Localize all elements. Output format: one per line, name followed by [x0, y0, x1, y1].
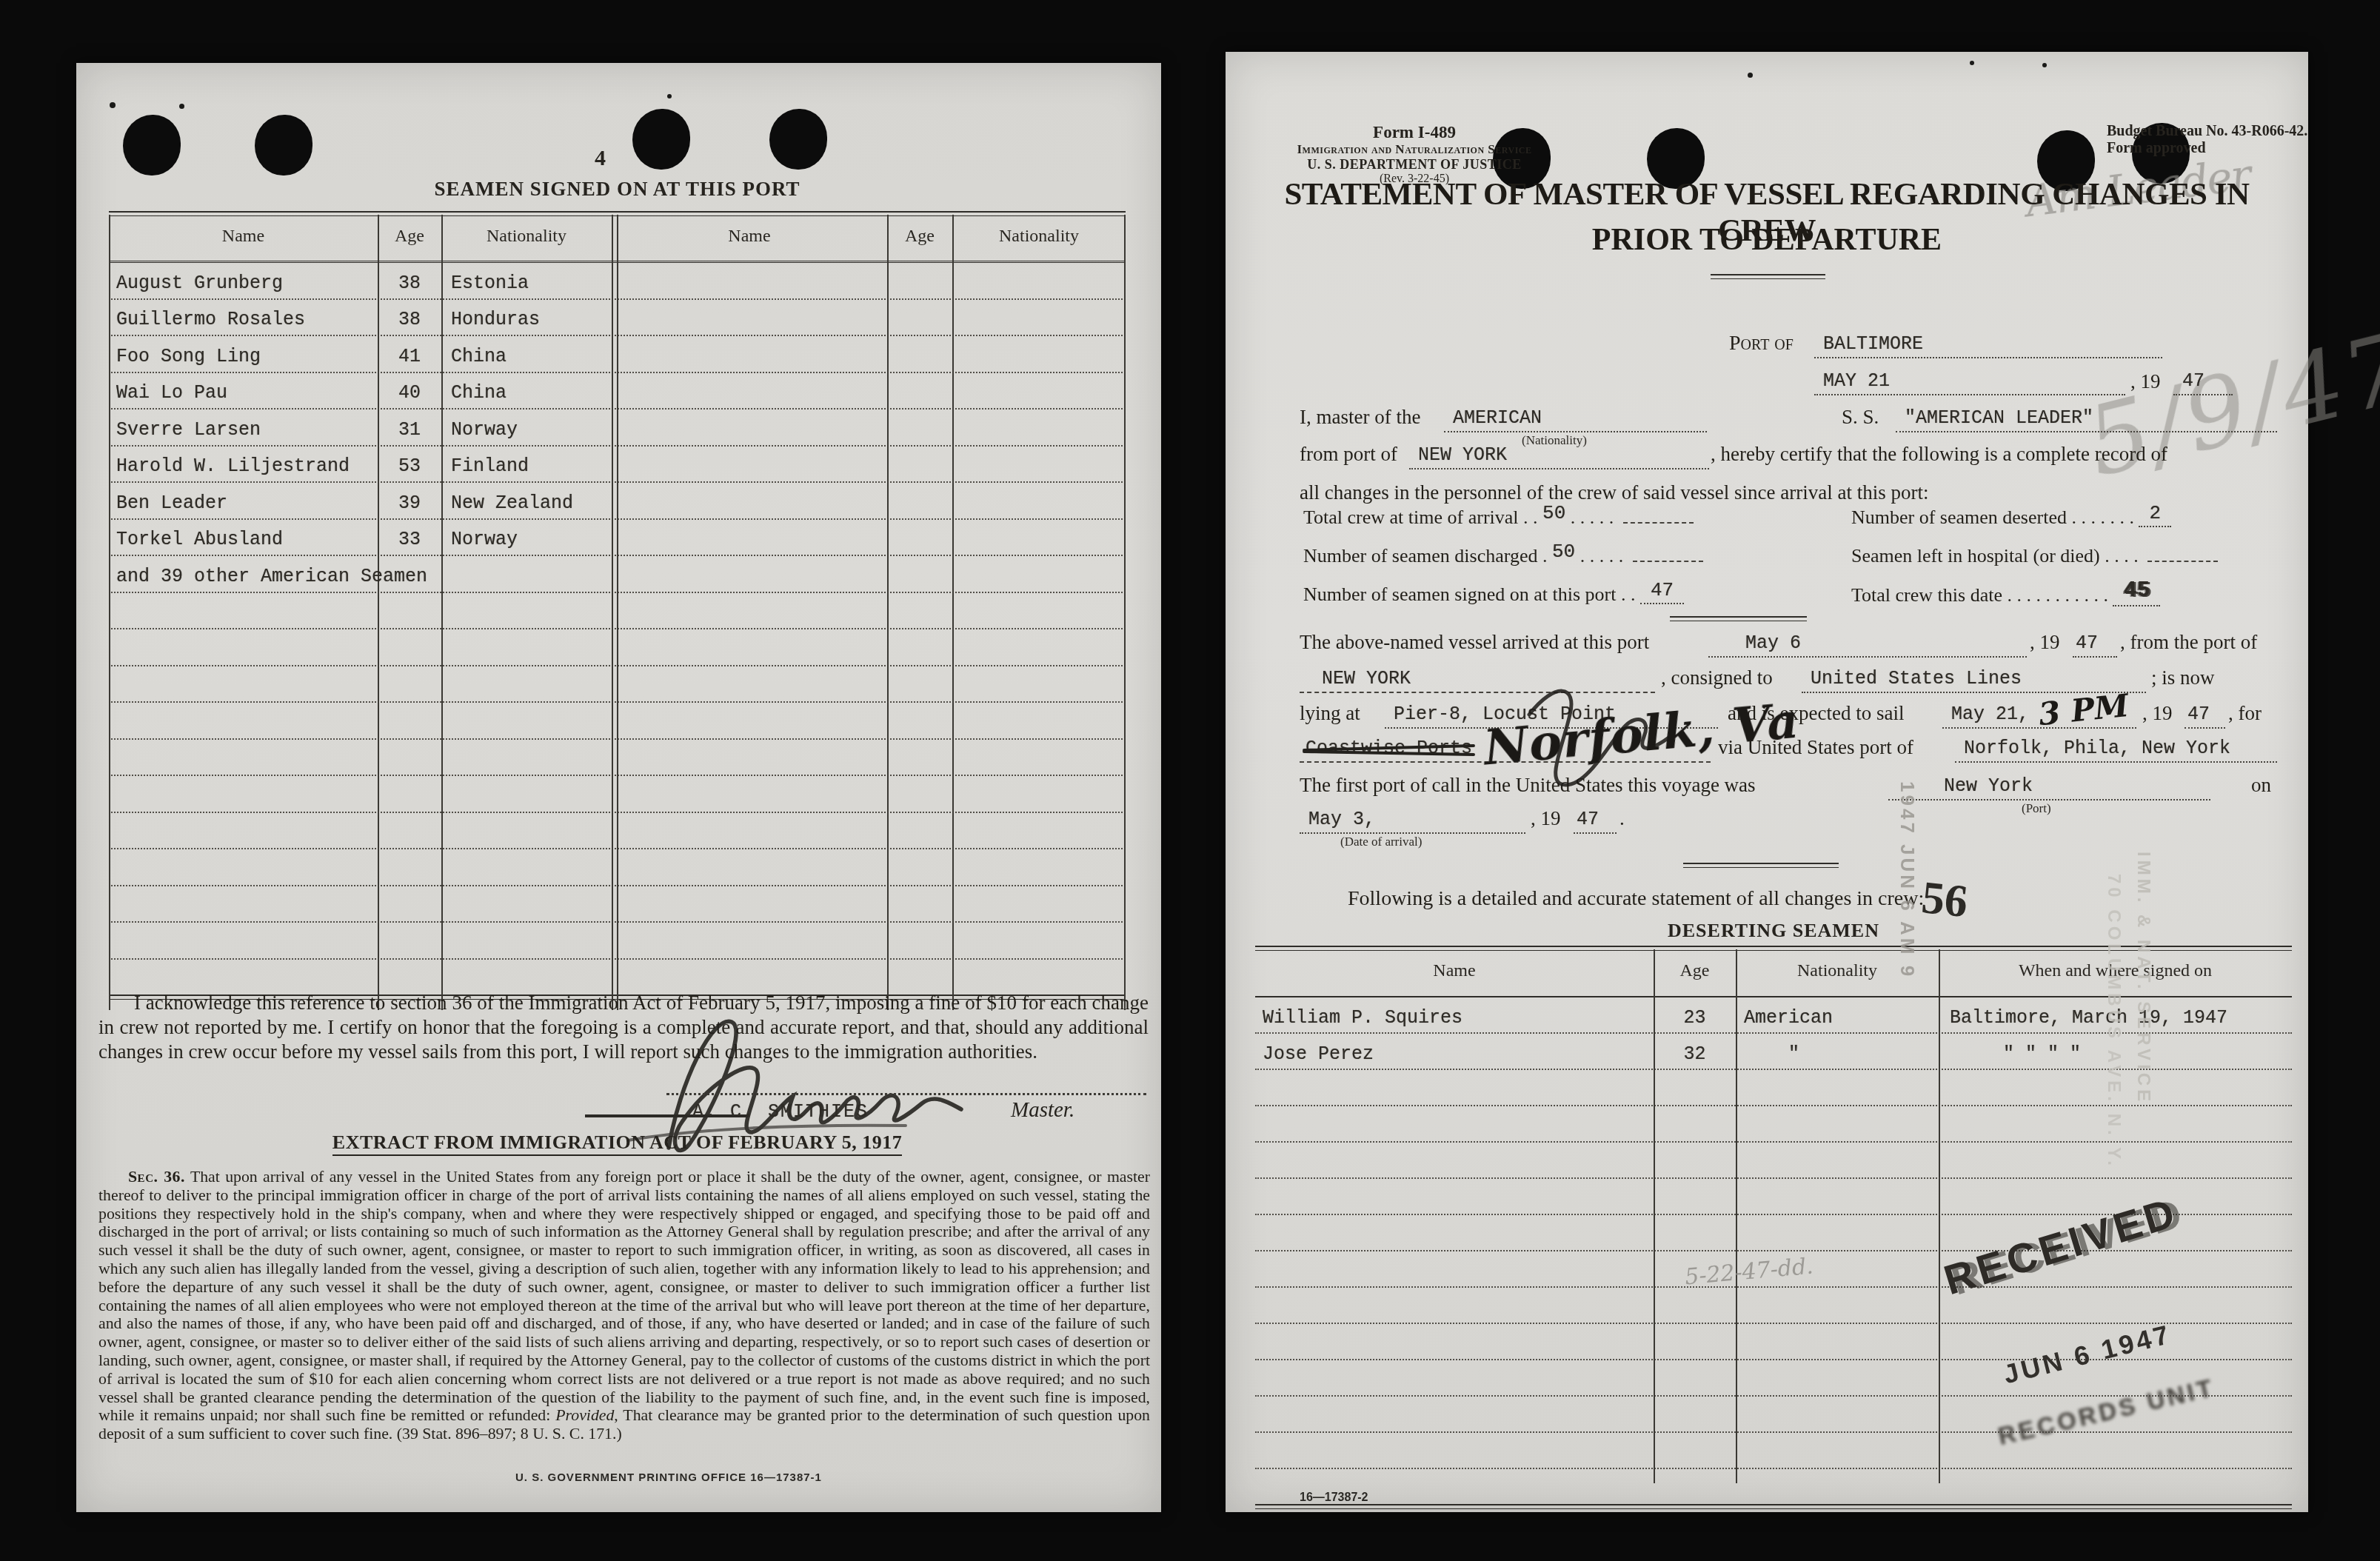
table-grid-line	[887, 215, 889, 1010]
seaman-nationality: Norway	[451, 419, 518, 441]
stat-value: 2	[2139, 502, 2171, 527]
seaman-age: 38	[378, 309, 441, 330]
port-field: BALTIMORE	[1814, 332, 2162, 358]
arrival-date-field: May 6	[1708, 631, 2027, 658]
column-header: Nationality	[441, 227, 612, 247]
stat-value: 50	[1542, 502, 1565, 524]
column-header: Age	[1654, 961, 1736, 981]
seaman-nationality: China	[451, 382, 507, 404]
ink-scrawl	[1514, 674, 1759, 815]
table-bottom-rule	[1255, 1504, 2292, 1509]
time-received-stamp: 1947 JUN 6 AM 9	[1896, 781, 1919, 979]
stat-total-date: Total crew this date . . . . . . . . . .…	[1851, 584, 2160, 613]
arrival-text: ; is now	[2151, 666, 2215, 689]
deserter-name: William P. Squires	[1263, 1007, 1463, 1029]
stats-divider	[1670, 616, 1807, 621]
empty-row	[1255, 1288, 2292, 1324]
table-grid-line	[441, 215, 443, 1010]
deserter-nationality-ditto: "	[1788, 1043, 1799, 1065]
page-heading: SEAMEN SIGNED ON AT THIS PORT	[109, 178, 1126, 201]
certify-text: , hereby certify that the following is a…	[1711, 443, 2167, 466]
seaman-nationality: Norway	[451, 529, 518, 550]
year-prefix: , 19	[2130, 370, 2161, 393]
port-value: BALTIMORE	[1823, 333, 1923, 355]
table-grid-line	[378, 215, 379, 1010]
deserter-signed-on-ditto: " " " "	[2003, 1043, 2081, 1065]
signature-rule	[666, 1093, 1146, 1095]
gpo-footer: U. S. GOVERNMENT PRINTING OFFICE 16—1738…	[298, 1471, 1039, 1484]
year-field: 47	[2185, 702, 2225, 729]
struck-destination: Coastwise Ports	[1306, 738, 1472, 759]
stat-label: Number of seamen deserted . . . . . . .	[1851, 507, 2134, 528]
column-header: Name	[612, 227, 887, 247]
table-grid-line	[617, 215, 618, 1010]
seaman-name: Ben Leader	[116, 492, 227, 514]
arrival-text: The above-named vessel arrived at this p…	[1300, 631, 1649, 654]
budget-bureau-block: Budget Bureau No. 43-R066-42. Form appro…	[2107, 123, 2307, 157]
stat-label: Number of seamen signed on at this port …	[1303, 584, 1635, 605]
table-grid-line	[1736, 949, 1737, 1483]
column-header: Age	[887, 227, 952, 247]
deserter-nationality: American	[1744, 1007, 1833, 1029]
stat-dots: . . . . .	[1580, 545, 1624, 566]
form-number: Form I-489	[1266, 123, 1562, 142]
service-stamp-line1: IMM. & NAT. SERVICE	[2133, 852, 2153, 1105]
agency-name: Immigration and Naturalization Service	[1266, 142, 1562, 157]
stat-value: 50	[1552, 541, 1575, 563]
signature-role: Master.	[1011, 1098, 1074, 1123]
arrival-line-5: The first port of call in the United Sta…	[1226, 774, 2308, 806]
year-field: 47	[2173, 369, 2233, 395]
seaman-name: Sverre Larsen	[116, 419, 261, 441]
seaman-nationality: New Zealand	[451, 492, 573, 514]
empty-row	[1255, 1433, 2292, 1469]
date-of-arrival-caption: (Date of arrival)	[1340, 835, 1422, 849]
stat-dots: . . . . .	[1571, 507, 1614, 528]
arrival-text: on	[2251, 774, 2271, 797]
seaman-nationality: Honduras	[451, 309, 540, 330]
empty-row	[1255, 1469, 2292, 1505]
seaman-age: 39	[378, 492, 441, 514]
punch-hole	[123, 115, 181, 176]
arrival-line-4: Coastwise Ports Norfolk, Va via United S…	[1226, 736, 2308, 769]
punch-hole	[255, 115, 312, 176]
extract-paragraph: Sec. 36. That upon arrival of any vessel…	[98, 1168, 1150, 1443]
ink-speck	[1748, 73, 1753, 78]
nationality-field: AMERICAN	[1444, 406, 1707, 432]
extract-heading: EXTRACT FROM IMMIGRATION ACT OF FEBRUARY…	[332, 1132, 902, 1156]
stat-rule	[1633, 546, 1703, 562]
table-grid-line	[952, 215, 954, 1010]
table-grid-line	[612, 215, 613, 1010]
seaman-age: 53	[378, 455, 441, 477]
empty-row	[1255, 1143, 2292, 1179]
stat-label: Number of seamen discharged .	[1303, 545, 1547, 566]
consignee-field: United States Lines	[1802, 666, 2146, 693]
ink-speck	[667, 94, 672, 98]
arrival-text: , 19	[2030, 631, 2060, 654]
seaman-nationality: Finland	[451, 455, 529, 477]
year-value: 47	[2076, 632, 2098, 654]
right-page-form-i489: Form I-489 Immigration and Naturalizatio…	[1226, 52, 2308, 1512]
seaman-age: 33	[378, 529, 441, 550]
arrival-text: , from the port of	[2120, 631, 2257, 654]
table-grid-line	[1939, 949, 1940, 1483]
from-port-value: NEW YORK	[1322, 668, 1411, 689]
form-title-line2: PRIOR TO DEPARTURE	[1267, 222, 2267, 258]
arrival-text: , for	[2228, 702, 2262, 725]
vessel-field: "AMERICAN LEADER"	[1896, 406, 2277, 432]
department-name: U. S. DEPARTMENT OF JUSTICE	[1266, 157, 1562, 173]
table-grid-line	[109, 215, 110, 1010]
vessel-value: "AMERICAN LEADER"	[1905, 407, 2093, 429]
from-port-label: from port of	[1300, 443, 1397, 466]
empty-row	[1255, 1106, 2292, 1143]
port-label: Port of	[1729, 332, 1794, 355]
ss-label: S. S.	[1842, 406, 1879, 429]
following-statement: Following is a detailed and accurate sta…	[1348, 887, 1924, 911]
from-port-line: from port of NEW YORK , hereby certify t…	[1226, 443, 2308, 475]
extract-lead: Sec. 36.	[128, 1168, 185, 1186]
stat-discharged: Number of seamen discharged . 50 . . . .…	[1303, 545, 1703, 575]
deserter-age: 23	[1654, 1007, 1736, 1029]
left-page-seamen-signed-on: 4 SEAMEN SIGNED ON AT THIS PORT Name Age…	[76, 63, 1161, 1512]
deserter-name: Jose Perez	[1263, 1043, 1374, 1065]
seaman-age: 38	[378, 273, 441, 294]
stat-label: Total crew this date . . . . . . . . . .…	[1851, 584, 2108, 606]
year-value: 47	[2187, 703, 2210, 725]
stamp-number: 56	[1919, 872, 1970, 929]
arrival-text: , 19	[2142, 702, 2173, 725]
form-footer-number: 16—17387-2	[1300, 1491, 1368, 1505]
record-text: all changes in the personnel of the crew…	[1300, 481, 1928, 504]
budget-bureau-number: Budget Bureau No. 43-R066-42.	[2107, 123, 2307, 140]
punch-hole	[632, 109, 690, 170]
stat-label: Total crew at time of arrival . .	[1303, 507, 1538, 528]
seaman-nationality: Estonia	[451, 273, 529, 294]
year-value: 47	[2182, 370, 2204, 392]
master-pre-text: I, master of the	[1300, 406, 1420, 429]
sail-date-value: May 21,	[1951, 703, 2029, 725]
extract-provided: Provided	[555, 1406, 614, 1424]
from-port-value: NEW YORK	[1418, 444, 1507, 466]
seaman-age: 41	[378, 346, 441, 367]
seaman-age: 31	[378, 419, 441, 441]
stat-hospital: Seamen left in hospital (or died) . . . …	[1851, 545, 2218, 575]
date-line: MAY 21 , 19 47	[1226, 369, 2308, 401]
stat-signed-on: Number of seamen signed on at this port …	[1303, 584, 1684, 613]
deserter-age: 32	[1654, 1043, 1736, 1065]
date-value: MAY 21	[1823, 370, 1890, 392]
stat-total-arrival: Total crew at time of arrival . . 50 . .…	[1303, 507, 1694, 536]
column-header: Nationality	[952, 227, 1126, 247]
seaman-name: Foo Song Ling	[116, 346, 261, 367]
via-ports-value: Norfolk, Phila, New York	[1964, 738, 2230, 759]
ink-speck	[179, 104, 184, 109]
column-header: Age	[378, 227, 441, 247]
consignee-value: United States Lines	[1811, 668, 2022, 689]
table-grid-line	[1124, 215, 1126, 1010]
seaman-nationality: China	[451, 346, 507, 367]
nationality-value: AMERICAN	[1453, 407, 1542, 429]
table-grid-line	[1654, 949, 1655, 1483]
arrival-date-field: May 3,	[1300, 807, 1525, 834]
stat-label: Seamen left in hospital (or died) . . . …	[1851, 545, 2139, 566]
seaman-name: August Grunberg	[116, 273, 283, 294]
port-of-line: Port of BALTIMORE	[1226, 332, 2308, 364]
arrival-date-value: May 6	[1745, 632, 1801, 654]
arrival-date-value: May 3,	[1308, 809, 1375, 830]
seamen-signed-on-table: Name Age Nationality Name Age Nationalit…	[109, 215, 1126, 996]
from-port-field: NEW YORK	[1409, 443, 1709, 469]
column-header: Name	[1255, 961, 1654, 981]
section-divider	[1683, 863, 1839, 868]
seaman-name: Wai Lo Pau	[116, 382, 227, 404]
via-ports-field: Norfolk, Phila, New York	[1955, 736, 2277, 763]
ink-speck	[2042, 63, 2047, 67]
footnote-text: and 39 other American Seamen	[116, 566, 427, 587]
year-field: 47	[2073, 631, 2117, 658]
arrival-text: lying at	[1300, 702, 1360, 725]
seaman-age: 40	[378, 382, 441, 404]
first-port-field: New York	[1888, 774, 2210, 800]
punch-hole	[769, 109, 827, 170]
seaman-name: Guillermo Rosales	[116, 309, 305, 330]
master-line: I, master of the AMERICAN S. S. "AMERICA…	[1226, 406, 2308, 438]
title-divider	[1711, 274, 1825, 279]
extract-body: That upon arrival of any vessel in the U…	[98, 1168, 1150, 1424]
first-port-value: New York	[1944, 775, 2033, 797]
column-header: Name	[109, 227, 378, 247]
seaman-name: Torkel Abusland	[116, 529, 283, 550]
stat-rule	[2147, 546, 2218, 562]
seaman-name: Harold W. Liljestrand	[116, 455, 350, 477]
stat-value: 47	[1640, 579, 1684, 604]
page-number: 4	[595, 146, 606, 171]
stat-deserted: Number of seamen deserted . . . . . . . …	[1851, 507, 2171, 536]
arrival-line-1: The above-named vessel arrived at this p…	[1226, 631, 2308, 663]
deserter-signed-on: Baltimore, March 19, 1947	[1950, 1007, 2227, 1029]
stat-rule	[1623, 507, 1694, 524]
ink-speck	[110, 102, 116, 108]
stat-value: 45	[2113, 578, 2160, 606]
signature-typed-name: A. C. SMITHIES	[669, 1101, 892, 1123]
service-stamp-line2: 70 COLUMBUS AVE. N. Y.	[2103, 874, 2124, 1169]
date-field: MAY 21	[1814, 369, 2125, 395]
ink-speck	[1970, 61, 1974, 65]
